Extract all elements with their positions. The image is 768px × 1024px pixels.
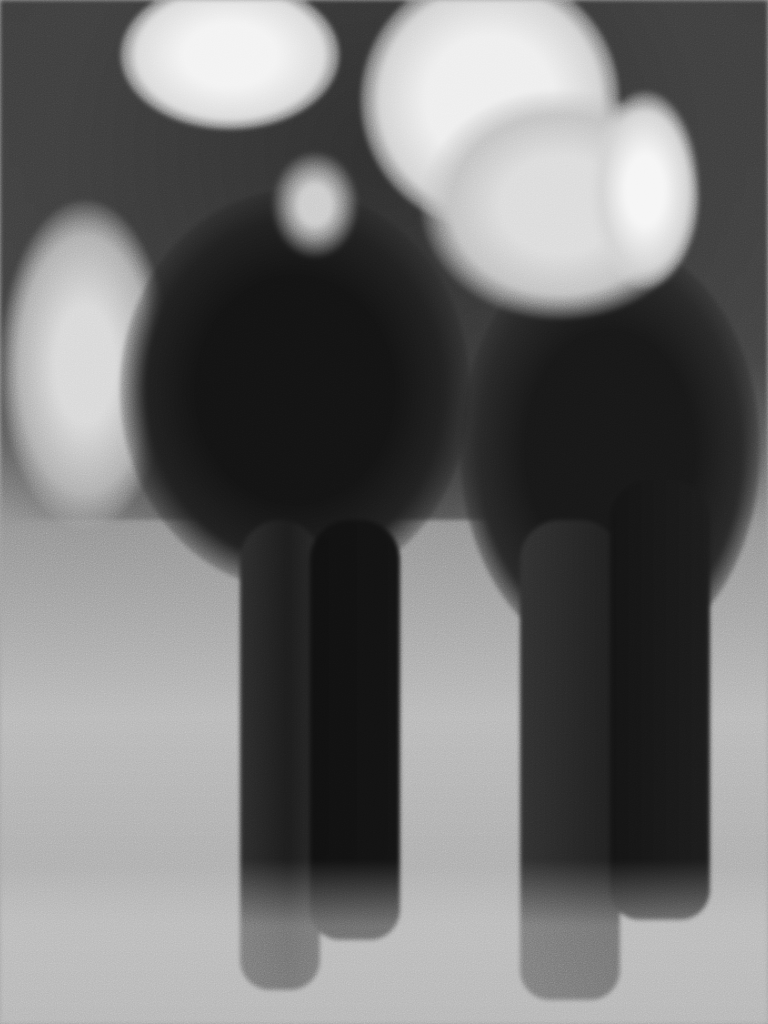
film-grain-overlay [0,0,768,1024]
